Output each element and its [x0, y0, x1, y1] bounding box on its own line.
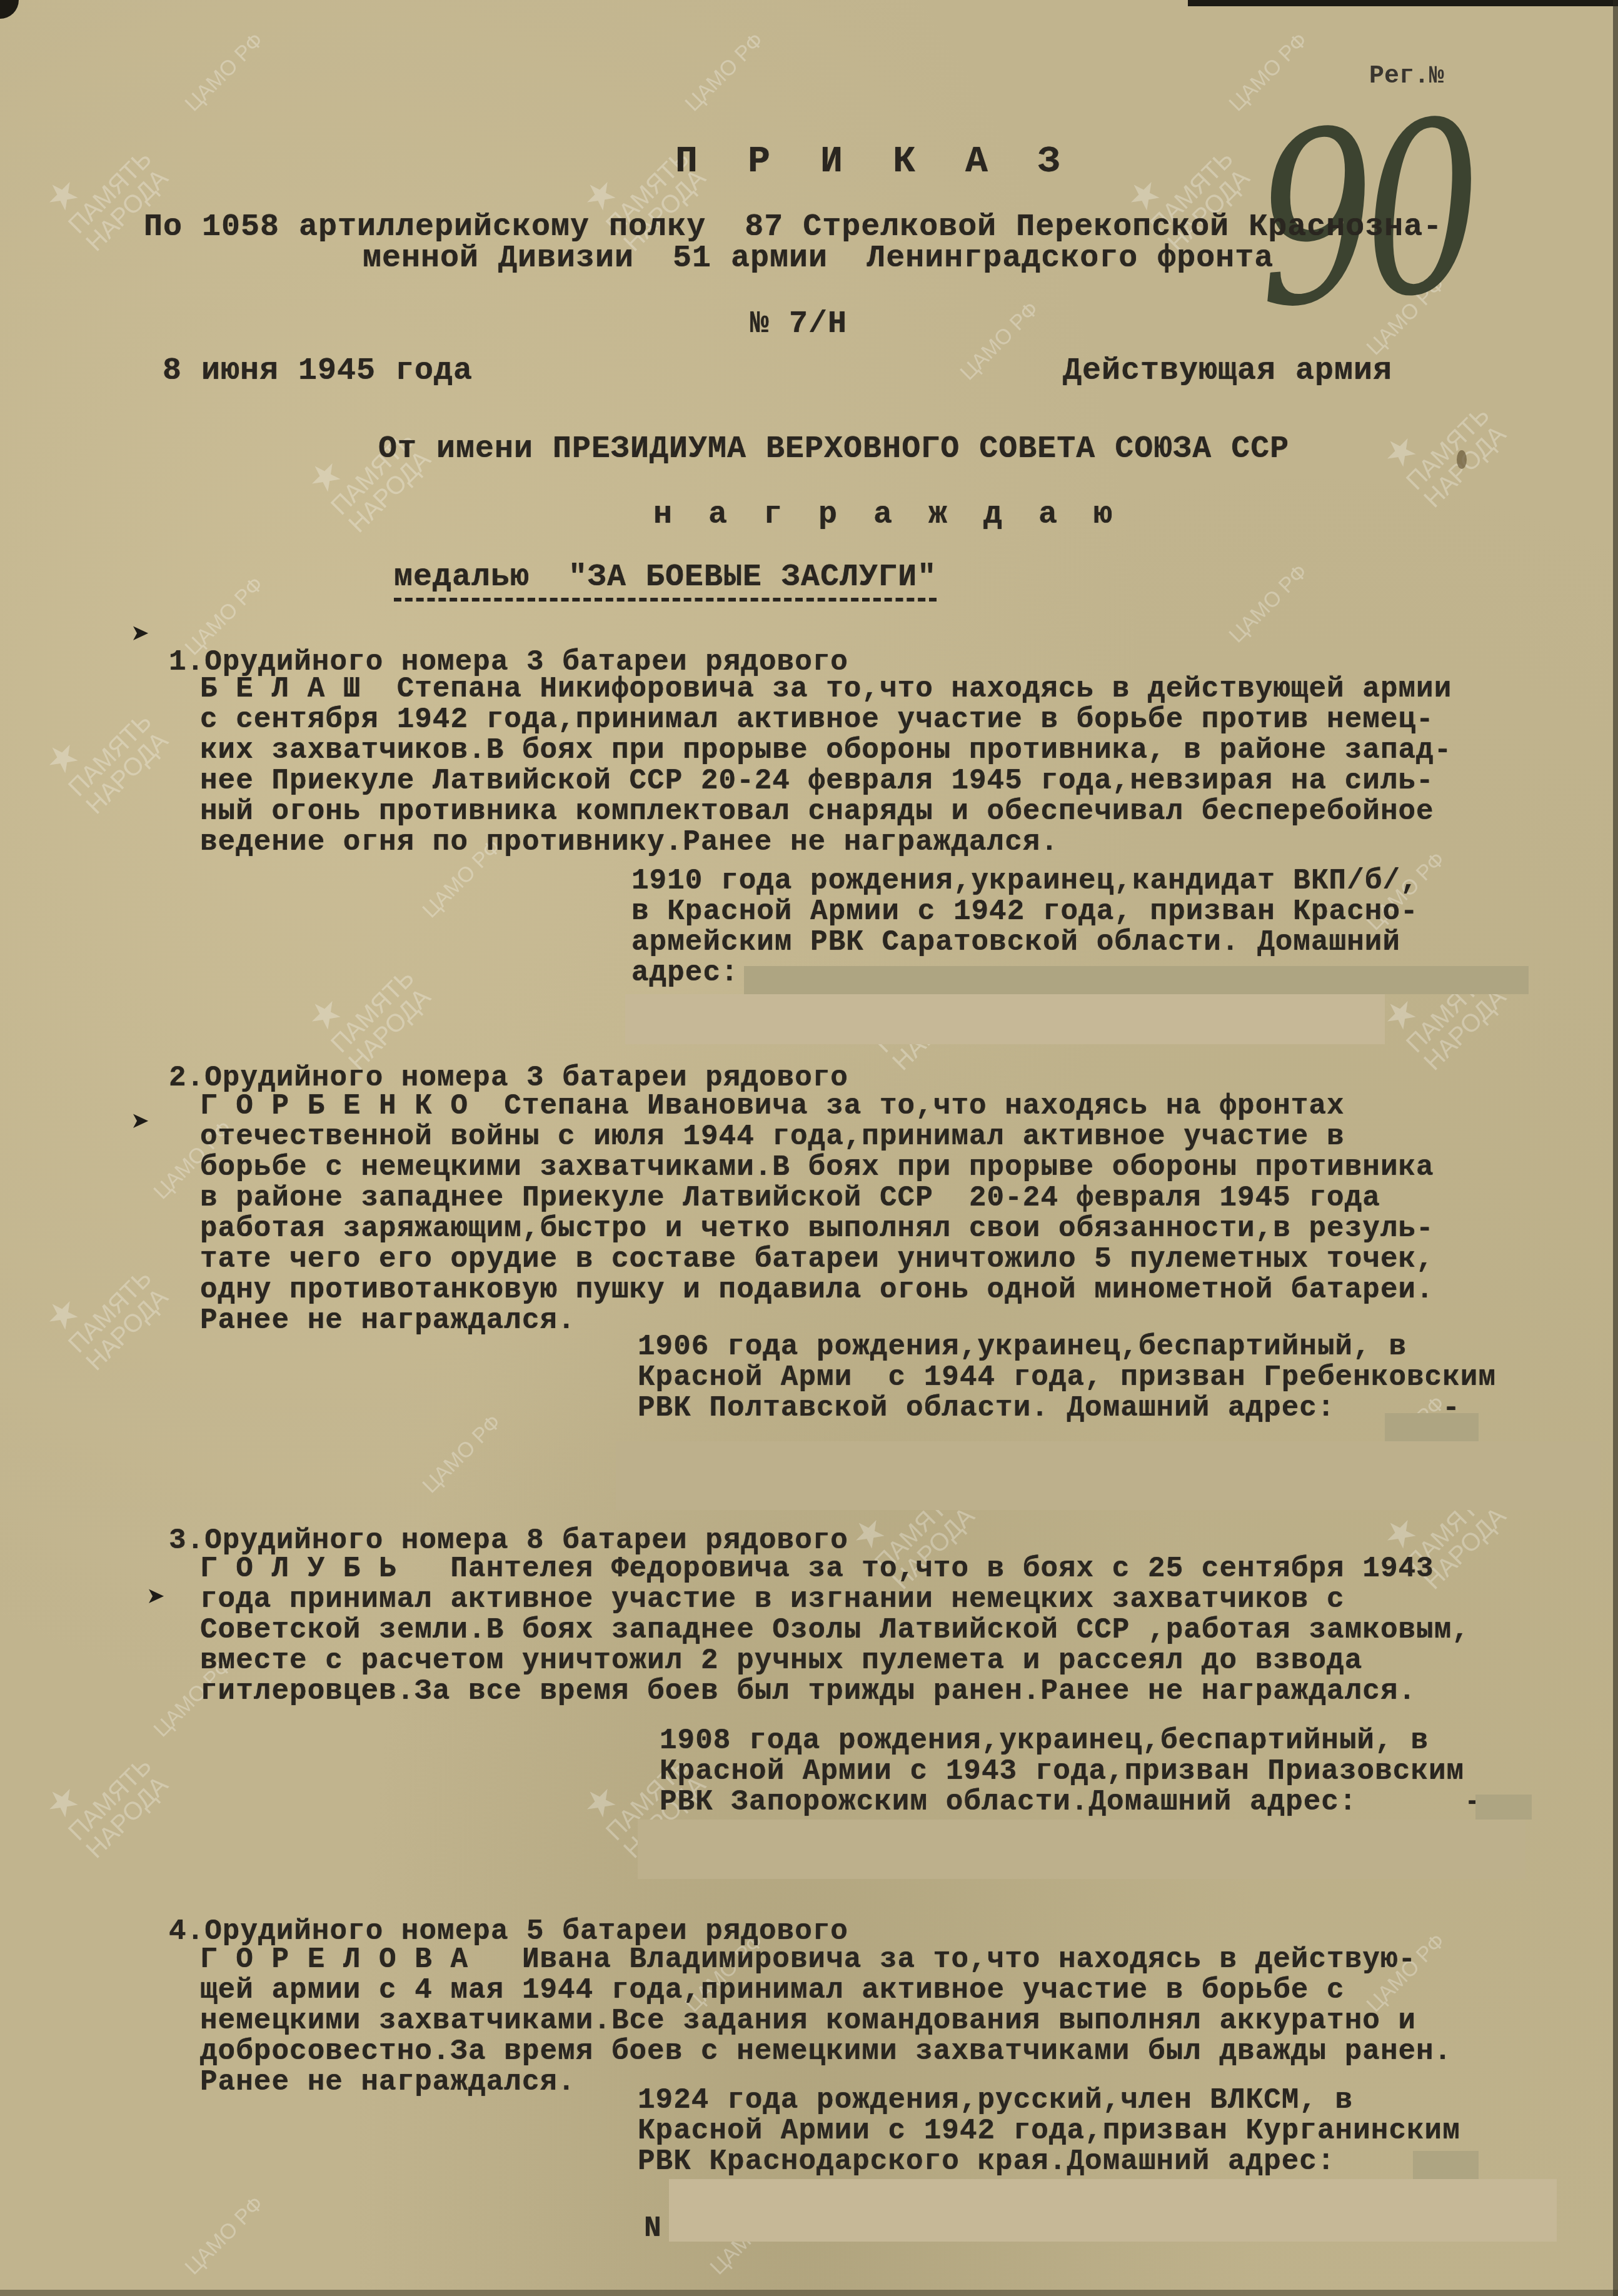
entry-bio-line: РВК Запорожским области.Домашний адрес: … [660, 1787, 1482, 1817]
entry-bio-line: 1906 года рождения,украинец,беспартийный… [638, 1332, 1407, 1362]
watermark-project: ★ ПАМЯТЬНАРОДА [38, 1726, 174, 1863]
entry-body-line: работая заряжающим,быстро и четко выполн… [200, 1214, 1434, 1244]
entry-body-line: Г О Л У Б Ь Пантелея Федоровича за то,чт… [200, 1554, 1434, 1584]
entry-heading: 2.Орудийного номера 3 батареи рядового [169, 1063, 848, 1093]
redacted-address [1475, 1795, 1532, 1820]
watermark-project: ★ ПАМЯТЬНАРОДА [300, 401, 436, 537]
entry-bio-line: Красной Арми с 1944 года, призван Гребен… [638, 1362, 1496, 1392]
entry-bio-line: 1908 года рождения,украинец,беспартийный… [660, 1726, 1429, 1756]
preamble: От имени ПРЕЗИДИУМА ВЕРХОВНОГО СОВЕТА СО… [378, 431, 1289, 467]
ink-spot [1457, 450, 1467, 469]
entry-bio-line: 1910 года рождения,украинец,кандидат ВКП… [631, 866, 1419, 896]
watermark-project: ★ ПАМЯТЬНАРОДА [38, 1239, 174, 1375]
watermark-archive: ЦАМО РФ [419, 1411, 505, 1497]
entry-body-line: в районе западнее Приекуле Латвийской СС… [200, 1183, 1380, 1213]
entry-body-line: щей армии с 4 мая 1944 года,принимал акт… [200, 1975, 1345, 2005]
document-title: П Р И К А З [675, 141, 1074, 183]
entry-body-line: ких захватчиков.В боях при прорыве оборо… [200, 735, 1452, 765]
entry-bio-line: в Красной Армии с 1942 года, призван Кра… [631, 897, 1419, 927]
page-bottom-edge [0, 2290, 1618, 2296]
watermark-archive: ЦАМО РФ [181, 2193, 267, 2278]
page-right-edge [1613, 0, 1618, 2296]
watermark-archive: ЦАМО РФ [1225, 561, 1311, 647]
redacted-address [744, 966, 1529, 994]
watermark-project: ★ ПАМЯТЬНАРОДА [38, 682, 174, 818]
margin-marker-icon: ➤ [131, 616, 150, 655]
redacted-address [669, 2179, 1557, 2242]
margin-marker-icon: ➤ [131, 1104, 150, 1142]
watermark-project: ★ ПАМЯТЬНАРОДА [300, 939, 436, 1075]
entry-bio-line: Красной Армии с 1942 года,призван Курган… [638, 2116, 1460, 2146]
award-verb: н а г р а ж д а ю [653, 497, 1121, 533]
watermark-project: ★ ПАМЯТЬНАРОДА [1375, 376, 1512, 512]
entry-body-line: нее Приекуле Латвийской ССР 20-24 феврал… [200, 766, 1434, 796]
entry-body-line: борьбе с немецкими захватчиками.В боях п… [200, 1152, 1434, 1182]
entry-bio-line: Красной Армии с 1943 года,призван Приазо… [660, 1756, 1464, 1786]
order-number: № 7/Н [750, 306, 847, 342]
entry-body-line: Ранее не награждался. [200, 1306, 576, 1336]
redacted-address [1413, 2151, 1479, 2179]
page-top-edge [1188, 0, 1618, 6]
order-date: 8 июня 1945 года [163, 353, 473, 389]
medal-name: медалью "ЗА БОЕВЫЕ ЗАСЛУГИ" [394, 560, 937, 602]
redacted-address [638, 1820, 1525, 1879]
redacted-address [616, 1441, 1600, 1510]
watermark-archive: ЦАМО РФ [957, 298, 1042, 384]
entry-bio-line: РВК Краснодарского края.Домашний адрес: … [638, 2147, 1460, 2177]
entry-body-line: вместе с расчетом уничтожил 2 ручных пул… [200, 1646, 1362, 1676]
watermark-project: ★ ПАМЯТЬНАРОДА [1375, 939, 1512, 1075]
redacted-address [1385, 1413, 1479, 1441]
margin-marker-icon: ➤ [147, 1579, 166, 1618]
entry-heading: 4.Орудийного номера 5 батареи рядового [169, 1916, 848, 1946]
page-corner-shadow [0, 0, 19, 19]
entry-heading: 3.Орудийного номера 8 батареи рядового [169, 1526, 848, 1556]
entry-body-line: отечественной войны с июля 1944 года,при… [200, 1122, 1345, 1152]
scanned-document-page: ЦАМО РФ ЦАМО РФ ЦАМО РФ ЦАМО РФ ЦАМО РФ … [0, 0, 1618, 2296]
entry-trailing-mark: N [644, 2213, 662, 2243]
entry-body-line: добросовестно.За время боев с немецкими … [200, 2037, 1452, 2067]
entry-body-line: года принимал активное участие в изгнани… [200, 1584, 1345, 1614]
entry-body-line: немецкими захватчиками.Все задания коман… [200, 2006, 1416, 2036]
entry-body-line: с сентября 1942 года,принимал активное у… [200, 705, 1434, 735]
entry-bio-line: адрес: [631, 958, 739, 988]
redacted-address [625, 994, 1385, 1044]
watermark-archive: ЦАМО РФ [681, 29, 767, 115]
entry-body-line: гитлеровцев.За все время боев был трижды… [200, 1676, 1416, 1706]
entry-body-line: ведение огня по противнику.Ранее не нагр… [200, 827, 1058, 857]
entry-bio-line: армейским РВК Саратовской области. Домаш… [631, 927, 1400, 957]
entry-body-line: Ранее не награждался. [200, 2067, 576, 2097]
watermark-archive: ЦАМО РФ [181, 29, 267, 115]
header-line-1: По 1058 артиллерийскому полку 87 Стрелко… [144, 209, 1442, 245]
entry-body-line: ный огонь противника комплектовал снаряд… [200, 797, 1434, 827]
entry-body-line: одну противотанковую пушку и подавила ог… [200, 1275, 1434, 1305]
order-location: Действующая армия [1063, 353, 1392, 389]
entry-body-line: Б Е Л А Ш Степана Никифоровича за то,что… [200, 674, 1452, 704]
entry-bio-line: РВК Полтавской области. Домашний адрес: … [638, 1393, 1460, 1423]
entry-body-line: Г О Р Б Е Н К О Степана Ивановича за то,… [200, 1091, 1345, 1121]
entry-bio-line: 1924 года рождения,русский,член ВЛКСМ, в [638, 2085, 1353, 2115]
header-line-2: менной Дивизии 51 армии Ленинградского ф… [363, 241, 1274, 276]
entry-body-line: тате чего его орудие в составе батареи у… [200, 1244, 1434, 1274]
entry-body-line: Советской земли.В боях западнее Озолы Ла… [200, 1615, 1470, 1645]
entry-body-line: Г О Р Е Л О В А Ивана Владимировича за т… [200, 1945, 1416, 1975]
